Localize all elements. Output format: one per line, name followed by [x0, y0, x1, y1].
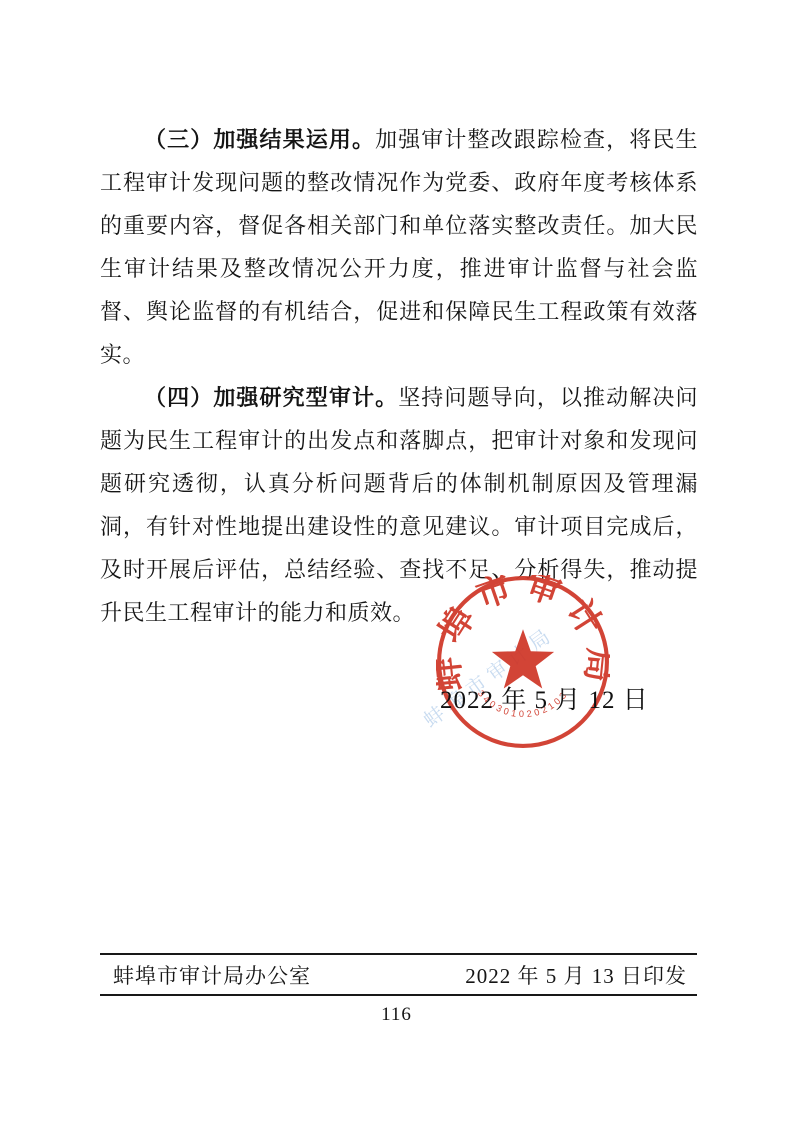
paragraph-text: 加强审计整改跟踪检查，将民生工程审计发现问题的整改情况作为党委、政府年度考核体系…	[100, 127, 698, 367]
page-number: 116	[0, 1004, 793, 1026]
footer-print-date: 2022 年 5 月 13 日印发	[465, 960, 687, 990]
document-body: （三）加强结果运用。加强审计整改跟踪检查，将民生工程审计发现问题的整改情况作为党…	[100, 118, 698, 634]
paragraph: （三）加强结果运用。加强审计整改跟踪检查，将民生工程审计发现问题的整改情况作为党…	[100, 118, 698, 376]
document-page: （三）加强结果运用。加强审计整改跟踪检查，将民生工程审计发现问题的整改情况作为党…	[0, 0, 793, 1122]
footer: 蚌埠市审计局办公室 2022 年 5 月 13 日印发	[100, 953, 697, 996]
official-seal: 蚌埠市审计局 3403010202103	[436, 575, 610, 749]
issue-date: 2022 年 5 月 12 日	[440, 680, 649, 716]
section-heading: （四）加强研究型审计。	[144, 385, 398, 410]
footer-issuer: 蚌埠市审计局办公室	[113, 960, 311, 990]
section-heading: （三）加强结果运用。	[144, 127, 375, 152]
